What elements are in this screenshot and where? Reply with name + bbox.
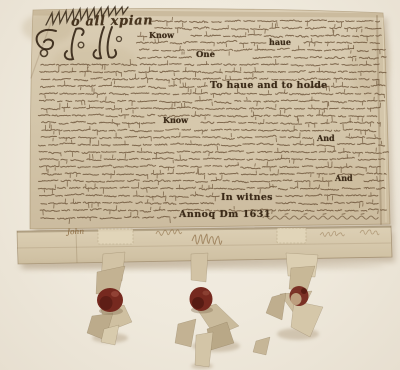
- missing-seal-patch: [277, 228, 306, 243]
- phrase-and-1: And: [317, 134, 335, 142]
- phrase-in-witnes: In witnes: [221, 193, 273, 203]
- wax-seal-middle: [190, 287, 214, 314]
- wax-seal-right: [290, 286, 309, 306]
- phrase-know-2: Know: [163, 116, 188, 124]
- missing-seal-patch: [98, 229, 133, 244]
- wax-seal-left: [97, 288, 123, 315]
- opening-words: o all xpian: [71, 14, 153, 28]
- fold-signature-john: John: [67, 228, 84, 236]
- seal-tags: [87, 252, 323, 369]
- phrase-date-1631: Annoq Dm 1631: [179, 210, 271, 220]
- phrase-haue: haue: [269, 38, 291, 46]
- parchment-deed-photo: o all xpian Know haue One To haue and to…: [0, 0, 400, 370]
- phrase-and-2: And: [335, 174, 353, 182]
- phrase-to-haue-and-to-holde: To haue and to holde: [210, 81, 328, 91]
- phrase-know-1: Know: [149, 31, 174, 39]
- phrase-one: One: [196, 51, 215, 60]
